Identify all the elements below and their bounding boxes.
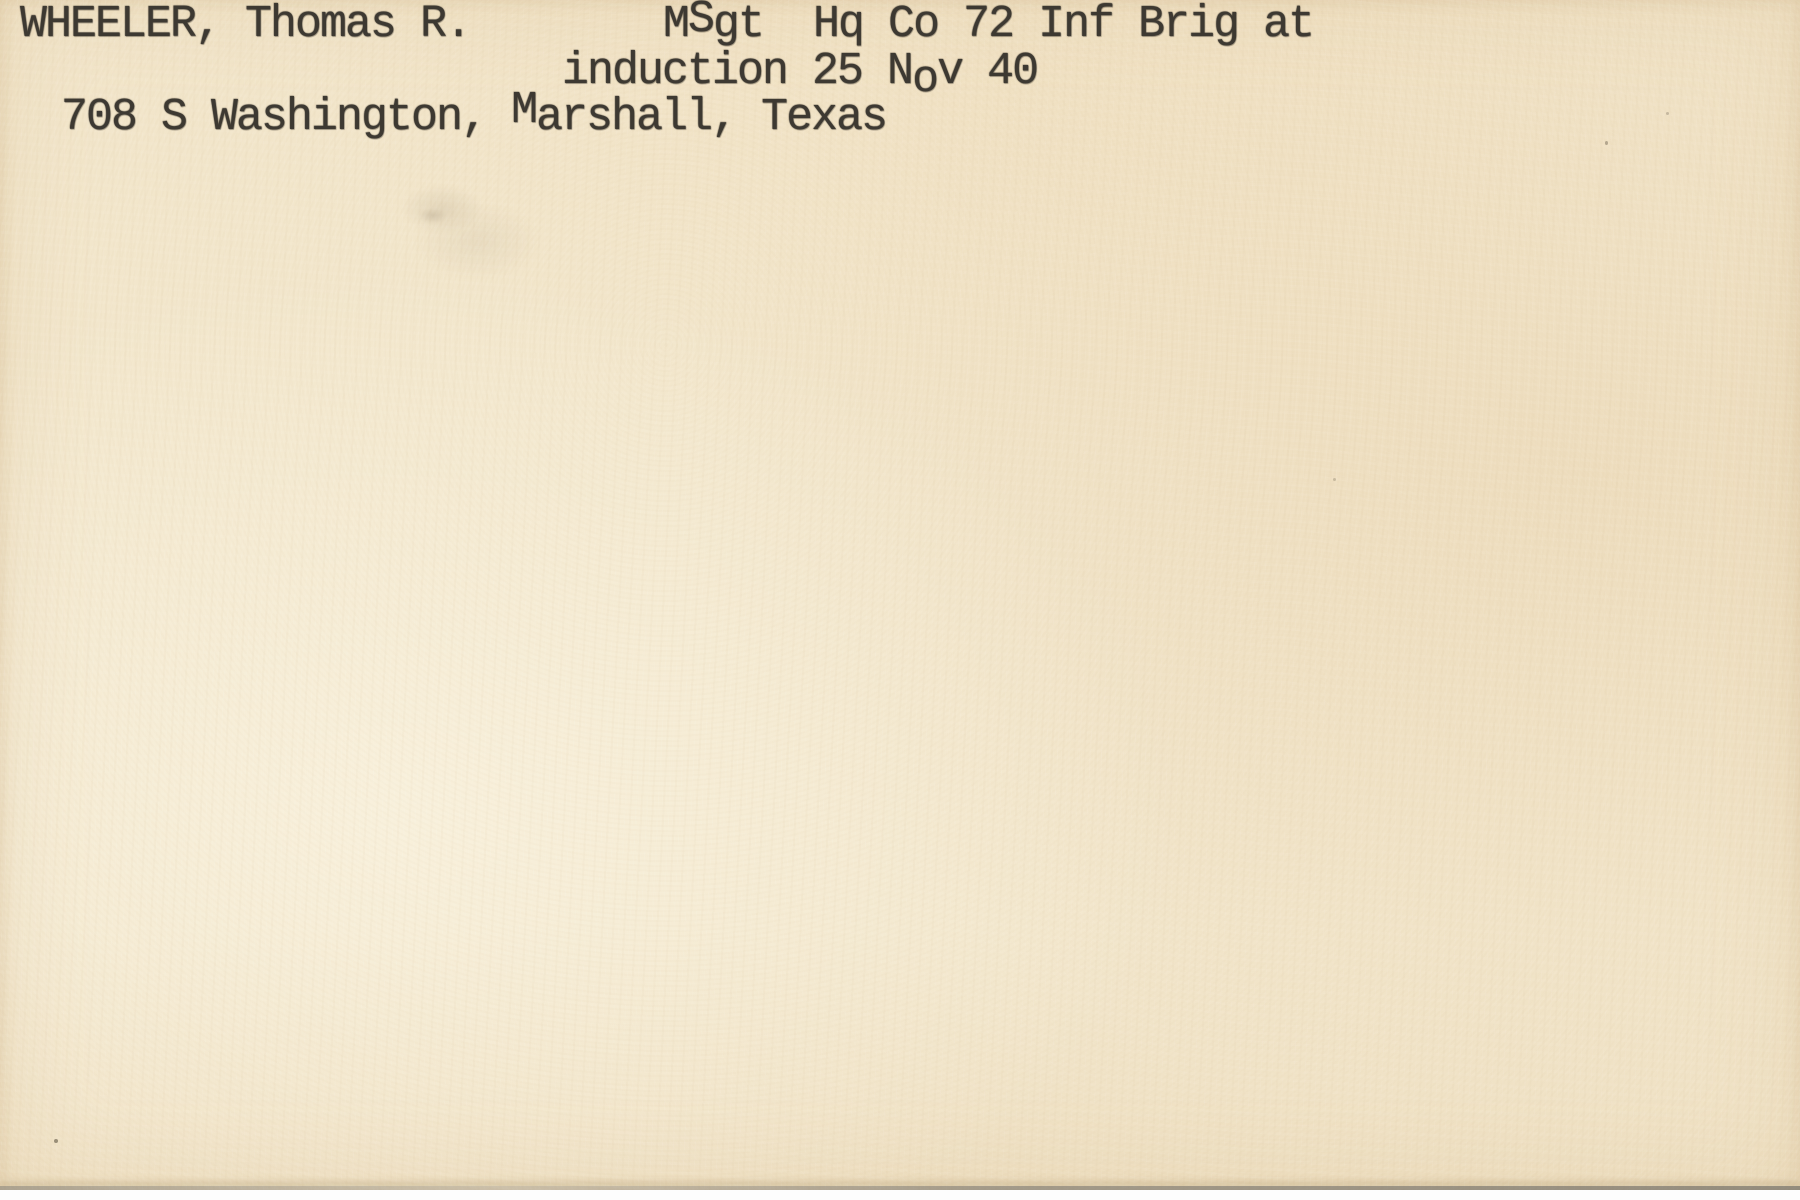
typed-segment: gt Hq Co 72 Inf Brig at bbox=[713, 2, 1313, 47]
typed-line-induction-date: induction 25 Nov 40 bbox=[562, 49, 1037, 94]
scanned-page: WHEELER, Thomas R. MSgt Hq Co 72 Inf Bri… bbox=[0, 0, 1800, 1200]
typed-segment: M bbox=[663, 2, 688, 47]
paper-speck bbox=[1333, 478, 1336, 481]
typed-line-rank-unit: MSgt Hq Co 72 Inf Brig at bbox=[663, 2, 1313, 47]
typed-segment: arshall, Texas bbox=[536, 95, 886, 140]
paper-speck bbox=[1666, 112, 1669, 115]
typed-segment: M bbox=[511, 88, 536, 133]
typed-segment: WHEELER, Thomas R. bbox=[20, 2, 470, 47]
typed-segment: induction 25 N bbox=[562, 49, 912, 94]
index-card: WHEELER, Thomas R. MSgt Hq Co 72 Inf Bri… bbox=[0, 0, 1800, 1190]
ink-smudge bbox=[348, 172, 583, 287]
paper-speck bbox=[54, 1139, 58, 1143]
typed-segment: S bbox=[688, 0, 713, 42]
paper-speck bbox=[1605, 141, 1608, 145]
typed-line-address: 708 S Washington, Marshall, Texas bbox=[61, 95, 886, 140]
typed-segment: 708 S Washington, bbox=[61, 95, 511, 140]
typed-segment: o bbox=[912, 57, 937, 102]
typed-segment: v 40 bbox=[937, 49, 1037, 94]
scanner-background bbox=[0, 1190, 1800, 1200]
typed-line-name: WHEELER, Thomas R. bbox=[20, 2, 470, 47]
paper-texture bbox=[0, 0, 1800, 1190]
